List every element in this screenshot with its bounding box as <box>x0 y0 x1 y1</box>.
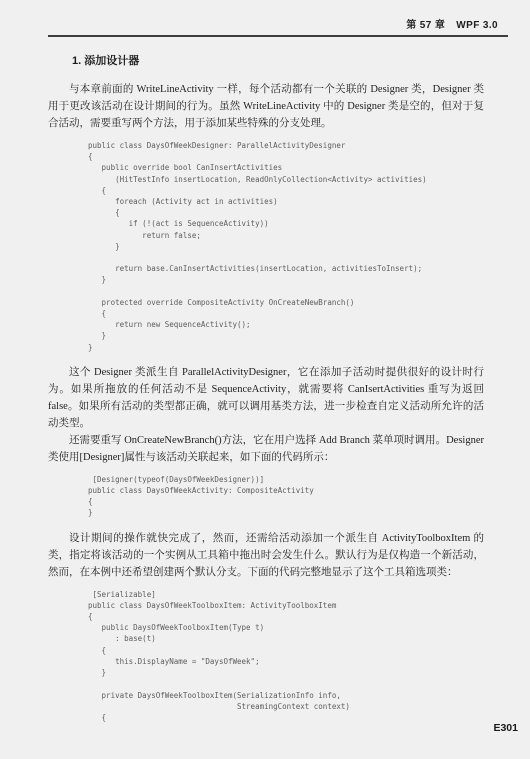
page-header: 第 57 章WPF 3.0 <box>0 0 530 37</box>
code-block-designer-attribute: [Designer(typeof(DaysOfWeekDesigner))] p… <box>88 474 530 519</box>
code-block-toolbox-item: [Serializable] public class DaysOfWeekTo… <box>88 589 530 723</box>
book-title: WPF 3.0 <box>456 20 498 31</box>
paragraph-4: 设计期间的操作就快完成了，然而，还需给活动添加一个派生自 ActivityToo… <box>48 530 484 581</box>
chapter-label: 第 57 章 <box>406 20 445 31</box>
running-head: 第 57 章WPF 3.0 <box>0 19 530 32</box>
page-number: E301 <box>493 722 518 734</box>
book-page: 第 57 章WPF 3.0 1. 添加设计器 与本章前面的 WriteLineA… <box>0 0 530 759</box>
paragraph-2: 这个 Designer 类派生自 ParallelActivityDesigne… <box>48 364 484 432</box>
paragraph-1: 与本章前面的 WriteLineActivity 一样，每个活动都有一个关联的 … <box>48 81 484 132</box>
header-rule <box>48 35 508 37</box>
paragraph-3: 还需要重写 OnCreateNewBranch()方法，它在用户选择 Add B… <box>48 432 484 466</box>
section-heading: 1. 添加设计器 <box>72 54 530 68</box>
page-body: 1. 添加设计器 与本章前面的 WriteLineActivity 一样，每个活… <box>0 54 530 723</box>
code-block-designer-class: public class DaysOfWeekDesigner: Paralle… <box>88 140 530 353</box>
page-footer: E301 <box>493 722 518 734</box>
